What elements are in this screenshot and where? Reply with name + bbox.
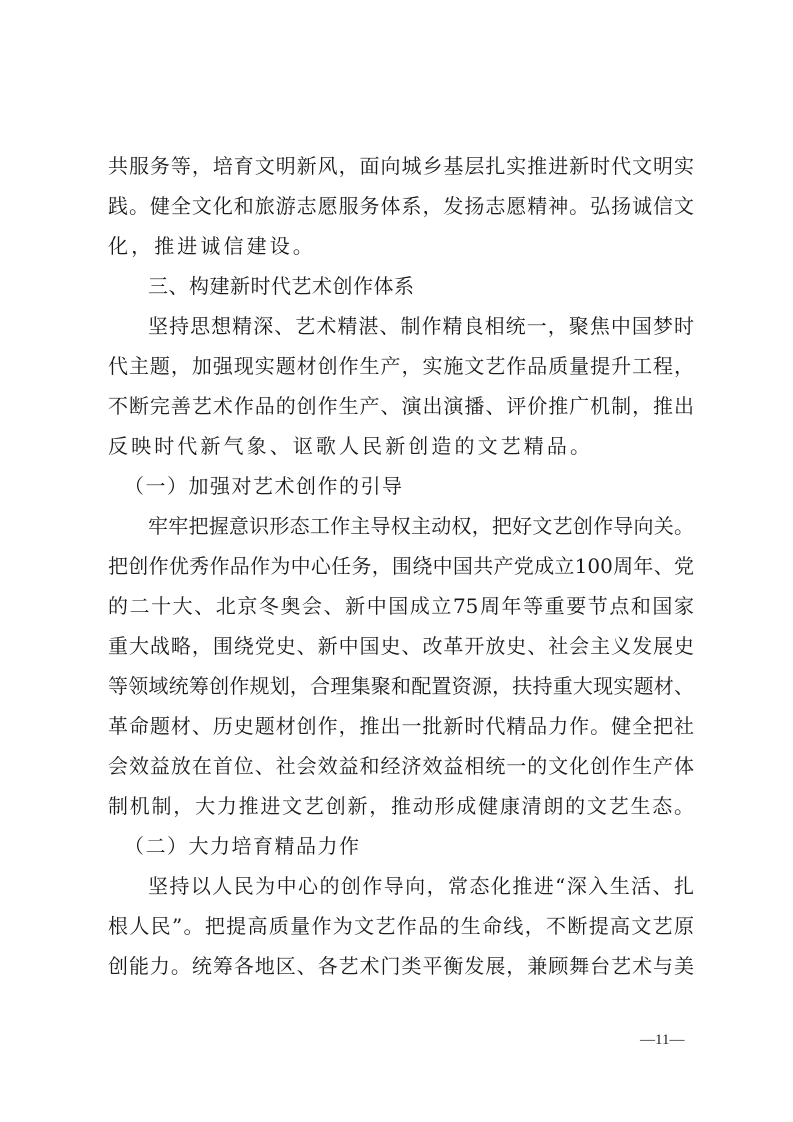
paragraph-line: 践。健全文化和旅游志愿服务体系，发扬志愿精神。弘扬诚信文 bbox=[108, 191, 694, 221]
paragraph-line: 共服务等，培育文明新风，面向城乡基层扎实推进新时代文明实 bbox=[108, 151, 694, 181]
paragraph-line: 创能力。统筹各地区、各艺术门类平衡发展，兼顾舞台艺术与美 bbox=[108, 951, 694, 981]
paragraph-line: 制机制，大力推进文艺创新，推动形成健康清朗的文艺生态。 bbox=[108, 791, 694, 821]
section-heading: 三、构建新时代艺术创作体系 bbox=[148, 271, 694, 301]
paragraph-line: 代主题，加强现实题材创作生产，实施文艺作品质量提升工程， bbox=[108, 351, 694, 381]
paragraph-line: 等领域统筹创作规划，合理集聚和配置资源，扶持重大现实题材、 bbox=[108, 671, 694, 701]
paragraph-line: 不断完善艺术作品的创作生产、演出演播、评价推广机制，推出 bbox=[108, 391, 694, 421]
page-number: —11— bbox=[640, 1032, 684, 1049]
paragraph-line: 反映时代新气象、讴歌人民新创造的文艺精品。 bbox=[108, 431, 694, 461]
paragraph-line: 根人民”。把提高质量作为文艺作品的生命线，不断提高文艺原 bbox=[108, 911, 694, 941]
paragraph-line: 把创作优秀作品作为中心任务，围绕中国共产党成立100周年、党 bbox=[108, 551, 694, 581]
paragraph-line: 的二十大、北京冬奥会、新中国成立75周年等重要节点和国家 bbox=[108, 591, 694, 621]
paragraph-line: 会效益放在首位、社会效益和经济效益相统一的文化创作生产体 bbox=[108, 751, 694, 781]
paragraph-line: 坚持思想精深、艺术精湛、制作精良相统一，聚焦中国梦时 bbox=[148, 311, 694, 341]
paragraph-line: 牢牢把握意识形态工作主导权主动权，把好文艺创作导向关。 bbox=[148, 511, 694, 541]
subsection-heading: （一）加强对艺术创作的引导 bbox=[124, 471, 694, 501]
document-page: 共服务等，培育文明新风，面向城乡基层扎实推进新时代文明实 践。健全文化和旅游志愿… bbox=[0, 0, 793, 1122]
paragraph-line: 重大战略，围绕党史、新中国史、改革开放史、社会主义发展史 bbox=[108, 631, 694, 661]
subsection-heading: （二）大力培育精品力作 bbox=[124, 831, 694, 861]
paragraph-line: 化，推进诚信建设。 bbox=[108, 231, 694, 261]
paragraph-line: 革命题材、历史题材创作，推出一批新时代精品力作。健全把社 bbox=[108, 711, 694, 741]
paragraph-line: 坚持以人民为中心的创作导向，常态化推进“深入生活、扎 bbox=[148, 871, 694, 901]
